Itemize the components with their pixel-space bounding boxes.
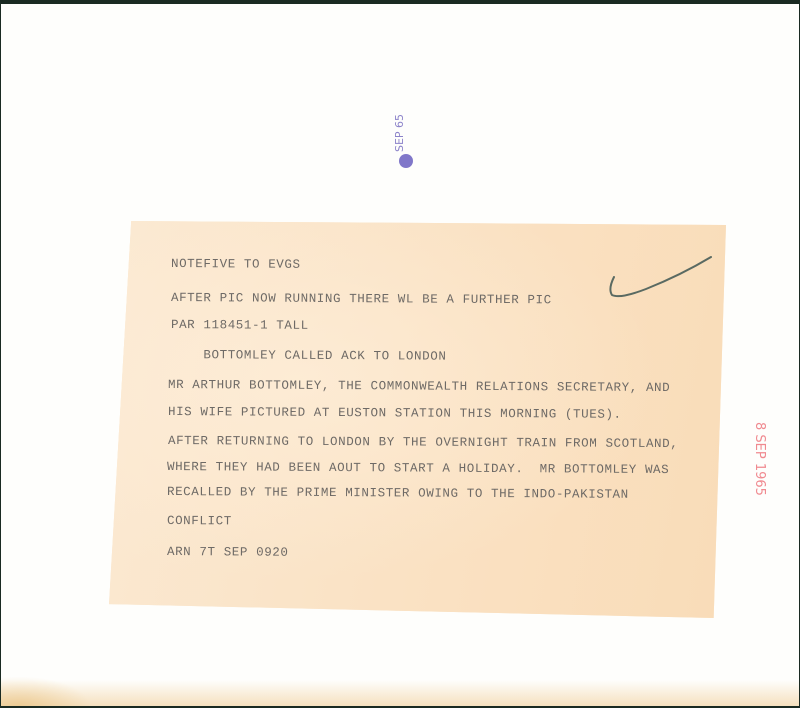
caption-line-2: AFTER PIC NOW RUNNING THERE WL BE A FURT… — [171, 291, 552, 307]
checkmark-icon — [606, 249, 721, 304]
caption-dateline: ARN 7T SEP 0920 — [167, 545, 289, 560]
caption-line-10: CONFLICT — [167, 514, 232, 528]
caption-line-3: PAR 118451-1 TALL — [171, 318, 309, 333]
caption-headline: BOTTOMLEY CALLED ACK TO LONDON — [171, 348, 447, 364]
age-stain — [1, 680, 799, 706]
photo-back: SEP 65 NOTEFIVE TO EVGS AFTER PIC NOW RU… — [1, 4, 799, 706]
caption-line-6: HIS WIFE PICTURED AT EUSTON STATION THIS… — [168, 405, 622, 422]
purple-date-stamp: SEP 65 — [393, 114, 406, 152]
caption-line-1: NOTEFIVE TO EVGS — [171, 257, 301, 272]
red-date-stamp: 8 SEP 1965 — [752, 422, 767, 496]
purple-ink-blot — [399, 154, 413, 168]
age-stain-corner — [1, 676, 91, 706]
caption-line-9: RECALLED BY THE PRIME MINISTER OWING TO … — [167, 485, 629, 502]
